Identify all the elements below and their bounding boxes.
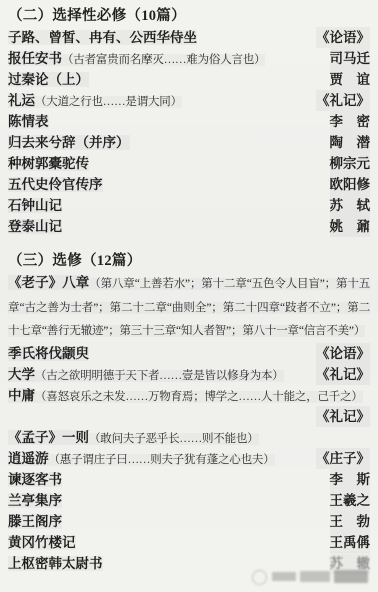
work-author: 贾 谊 (330, 69, 371, 90)
list-item: 逍遥游（惠子谓庄子曰……则夫子犹有蓬之心也夫） 《庄子》 (8, 448, 370, 469)
work-title: 兰亭集序 (8, 493, 62, 508)
list-item: 石钟山记 苏 轼 (8, 195, 370, 216)
work-author: 陶 潜 (330, 132, 371, 153)
work-author: 欧阳修 (330, 174, 371, 195)
work-author: 王禹偁 (330, 532, 371, 553)
work-author: 王 勃 (330, 511, 371, 532)
work-source: 《礼记》 (316, 364, 370, 385)
section-header: （三）选修（12篇） (8, 251, 370, 272)
list-item: 季氏将伐颛臾 《论语》 (8, 343, 370, 364)
work-title: 登泰山记 (8, 219, 62, 234)
work-source: 《礼记》 (316, 406, 370, 427)
work-excerpt: （古之欲明明德于天下者……壹是皆以修身为本） (35, 370, 284, 382)
list-item: 大学（古之欲明明德于天下者……壹是皆以修身为本） 《礼记》 (8, 364, 370, 385)
work-title: 石钟山记 (8, 198, 62, 213)
work-excerpt: （古者富贵而名摩灭……难为俗人言也） (62, 54, 265, 66)
work-title: 黄冈竹楼记 (8, 535, 76, 550)
work-title: 《孟子》一则 (8, 430, 89, 445)
work-source: 《礼记》 (316, 90, 370, 111)
work-title: 上枢密韩太尉书 (8, 556, 103, 571)
list-item: 过秦论（上） 贾 谊 (8, 69, 370, 90)
work-title: 过秦论（上） (8, 72, 89, 87)
work-title: 种树郭橐驼传 (8, 156, 89, 171)
work-title: 季氏将伐颛臾 (8, 346, 89, 361)
work-title: 归去来兮辞（并序） (8, 135, 130, 150)
list-item: 五代史伶官传序 欧阳修 (8, 174, 370, 195)
list-item: 黄冈竹楼记 王禹偁 (8, 532, 370, 553)
work-title: 五代史伶官传序 (8, 177, 103, 192)
work-title: 《老子》八章 (8, 275, 89, 290)
work-author: 苏 轼 (330, 195, 371, 216)
work-title: 礼运 (8, 93, 35, 108)
work-excerpt: （喜怒哀乐之未发……万物育焉；博学之……人十能之，己千之） (35, 391, 363, 403)
list-item: 《孟子》一则（敢问夫子恶乎长……则不能也） (8, 427, 370, 448)
work-author: 李 斯 (330, 469, 371, 490)
work-title: 大学 (8, 367, 35, 382)
work-title: 子路、曾皙、冉有、公西华侍坐 (8, 30, 197, 45)
work-title: 陈情表 (8, 114, 49, 129)
list-item: 报任安书（古者富贵而名摩灭……难为俗人言也） 司马迁 (8, 48, 370, 69)
section-header: （二）选择性必修（10篇） (8, 6, 370, 27)
work-excerpt: （惠子谓庄子曰……则夫子犹有蓬之心也夫） (49, 454, 275, 466)
work-author: 柳宗元 (330, 153, 371, 174)
list-item: 《老子》八章（第八章“上善若水”；第十二章“五色令人目盲”；第十五章“古之善为士… (8, 272, 370, 343)
list-item: 陈情表 李 密 (8, 111, 370, 132)
work-excerpt: （大道之行也……是谓大同） (35, 96, 182, 108)
work-title: 谏逐客书 (8, 472, 62, 487)
work-author: 苏 辙 (330, 553, 371, 574)
work-title: 报任安书 (8, 51, 62, 66)
list-item: 登泰山记 姚 鼐 (8, 216, 370, 237)
list-item: 兰亭集序 王羲之 (8, 490, 370, 511)
work-author: 王羲之 (330, 490, 371, 511)
work-title: 中庸 (8, 388, 35, 403)
work-source: 《论语》 (316, 343, 370, 364)
list-item: 上枢密韩太尉书 苏 辙 (8, 553, 370, 574)
work-author: 司马迁 (330, 48, 371, 69)
work-source: 《论语》 (316, 27, 370, 48)
work-author: 姚 鼐 (330, 216, 371, 237)
work-excerpt: （敢问夫子恶乎长……则不能也） (89, 433, 259, 445)
scanned-document-page: （二）选择性必修（10篇） 子路、曾皙、冉有、公西华侍坐 《论语》 报任安书（古… (0, 0, 378, 592)
work-source: 《庄子》 (316, 448, 370, 469)
list-item: 种树郭橐驼传 柳宗元 (8, 153, 370, 174)
work-title: 滕王阁序 (8, 514, 62, 529)
list-item: 谏逐客书 李 斯 (8, 469, 370, 490)
list-item: 礼运（大道之行也……是谓大同） 《礼记》 (8, 90, 370, 111)
list-item: 中庸（喜怒哀乐之未发……万物育焉；博学之……人十能之，己千之） (8, 385, 370, 406)
list-item-source-line: 《礼记》 (8, 406, 370, 427)
work-title: 逍遥游 (8, 451, 49, 466)
work-author: 李 密 (330, 111, 371, 132)
list-item: 归去来兮辞（并序） 陶 潜 (8, 132, 370, 153)
list-item: 滕王阁序 王 勃 (8, 511, 370, 532)
list-item: 子路、曾皙、冉有、公西华侍坐 《论语》 (8, 27, 370, 48)
